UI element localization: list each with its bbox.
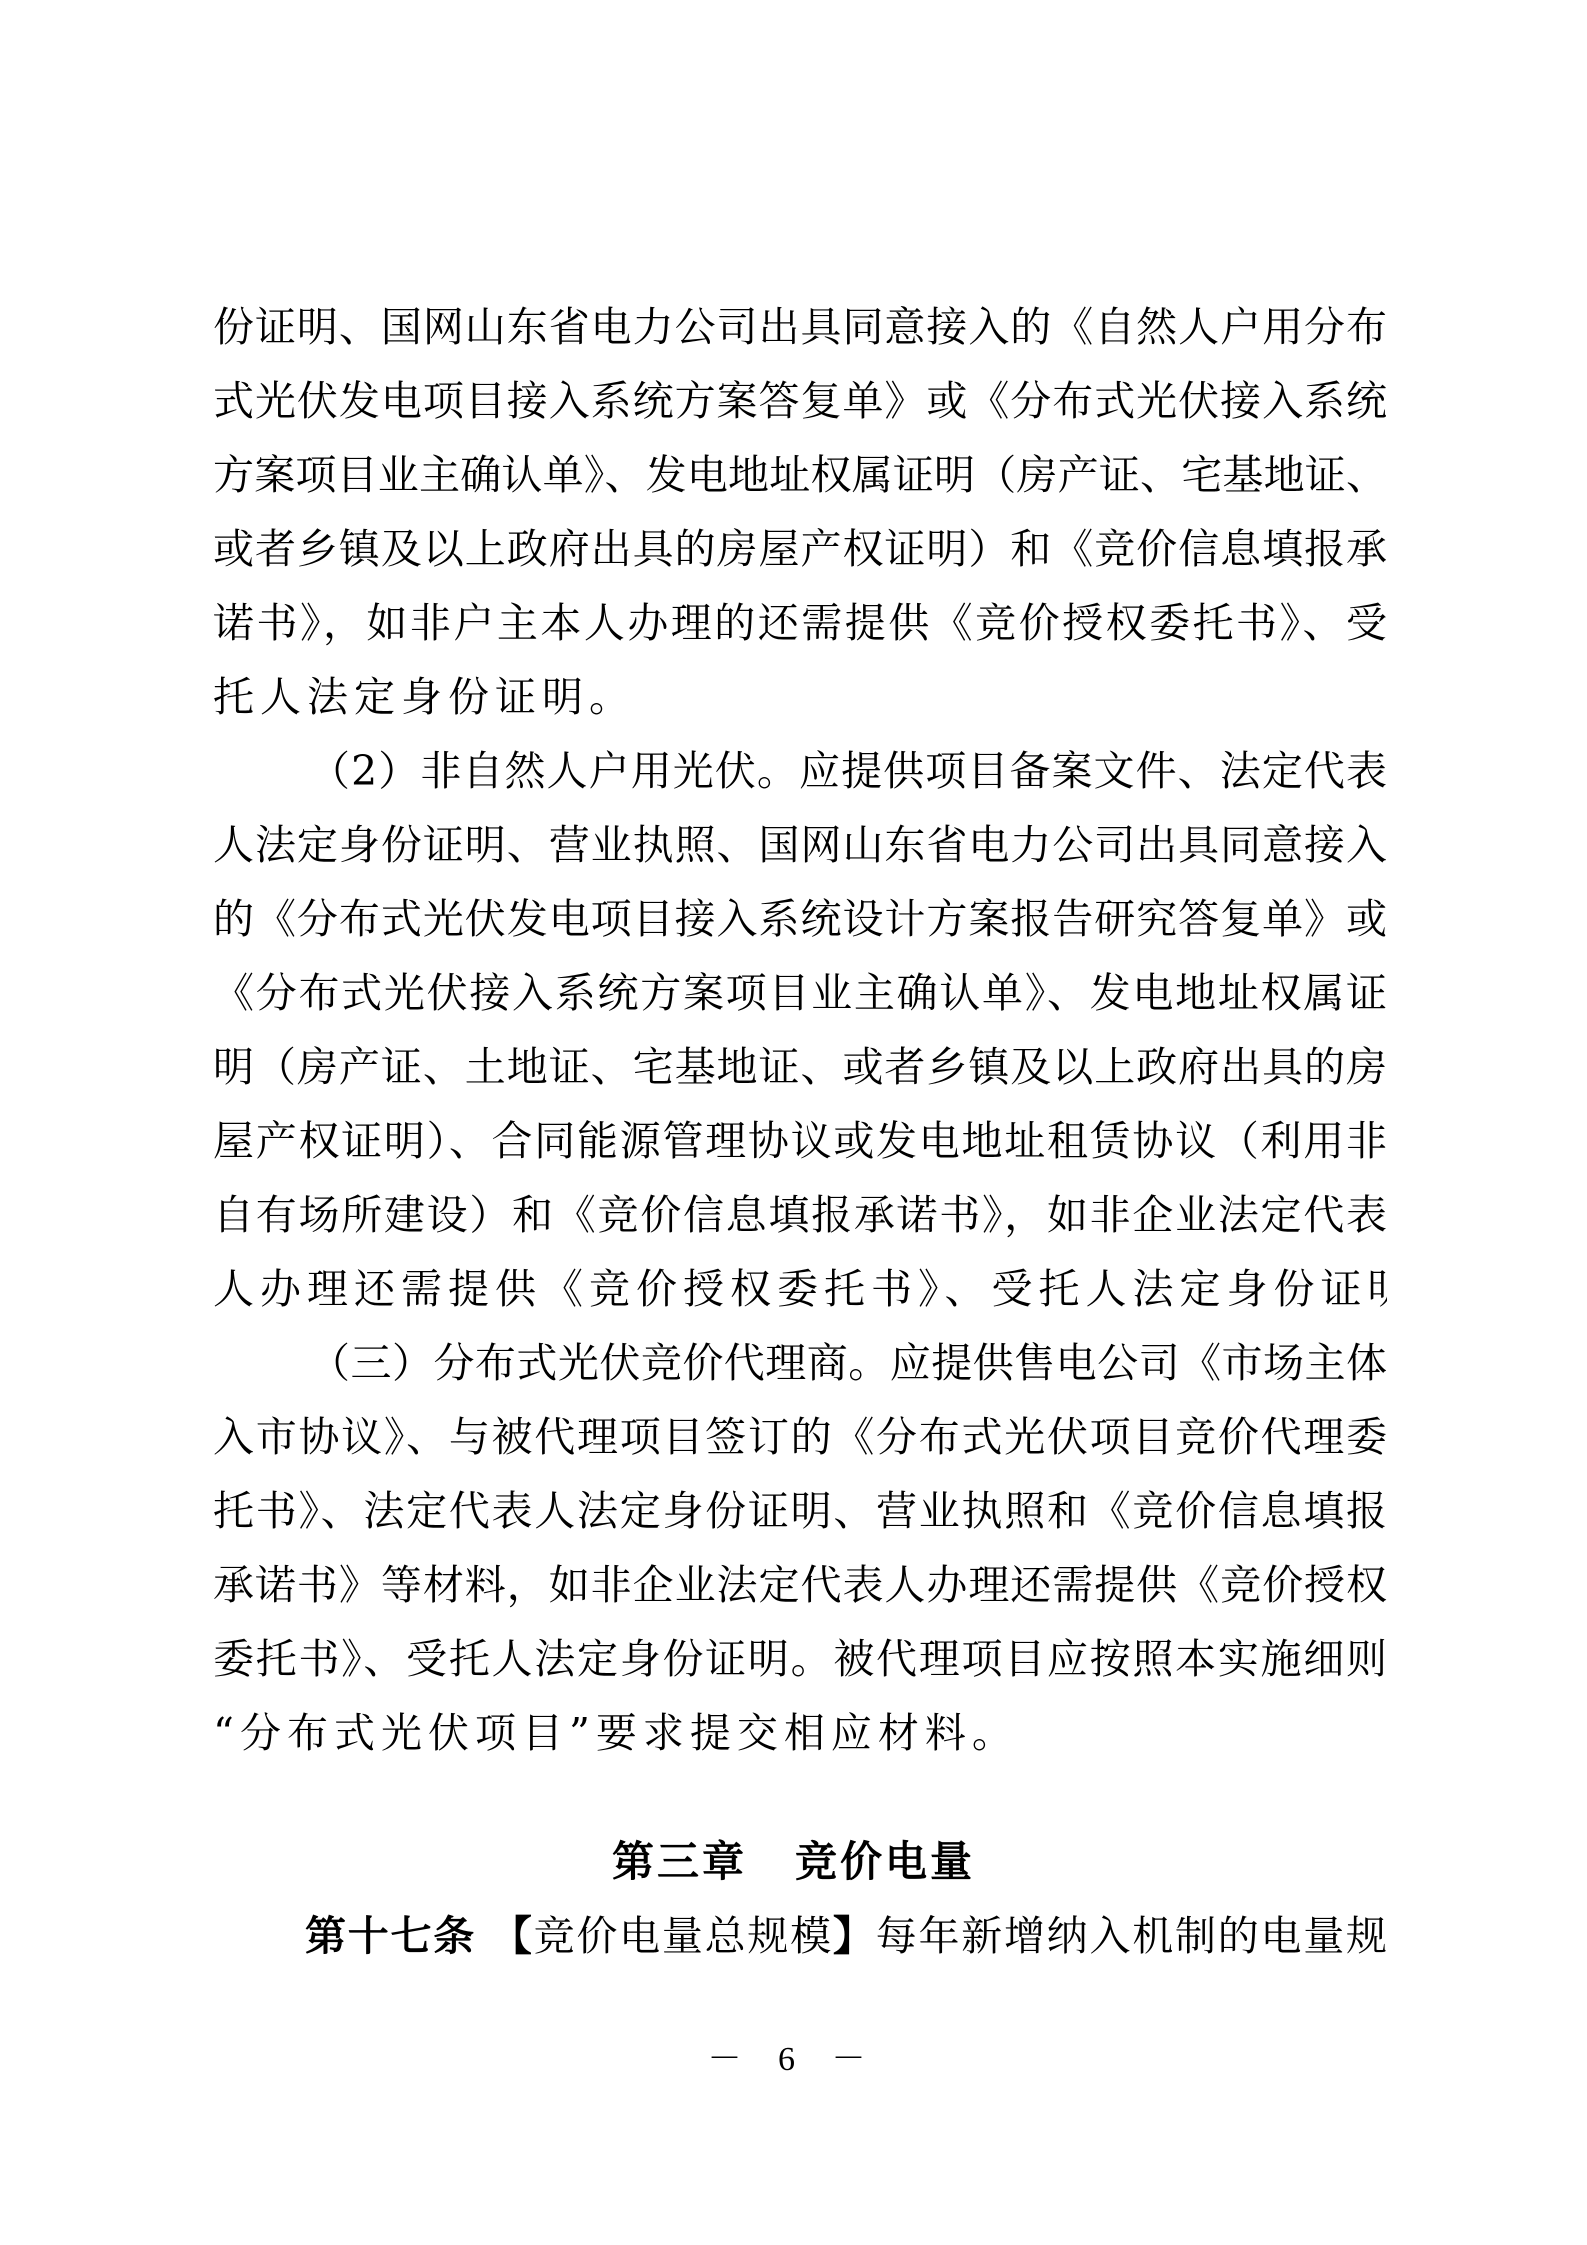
document-page: 份证明、国网山东省电力公司出具同意接入的《自然人户用分布 式光伏发电项目接入系统… xyxy=(0,0,1587,2245)
paragraph-first-line: （2）非自然人户用光伏。应提供项目备案文件、法定代表 xyxy=(213,734,1387,808)
text-line: 的《分布式光伏发电项目接入系统设计方案报告研究答复单》或 xyxy=(213,882,1387,956)
body-text: 份证明、国网山东省电力公司出具同意接入的《自然人户用分布 式光伏发电项目接入系统… xyxy=(213,290,1387,1770)
text-line: 承诺书》等材料，如非企业法定代表人办理还需提供《竞价授权 xyxy=(213,1548,1387,1622)
text-line: 入市协议》、与被代理项目签订的《分布式光伏项目竞价代理委 xyxy=(213,1400,1387,1474)
article-bracket-close: 】 xyxy=(833,1912,876,1960)
text-line: 份证明、国网山东省电力公司出具同意接入的《自然人户用分布 xyxy=(213,290,1387,364)
text-line: 方案项目业主确认单》、发电地址权属证明（房产证、宅基地证、 xyxy=(213,438,1387,512)
text-line: 人法定身份证明、营业执照、国网山东省电力公司出具同意接入 xyxy=(213,808,1387,882)
text-line: 人办理还需提供《竞价授权委托书》、受托人法定身份证明。 xyxy=(213,1252,1387,1326)
chapter-heading: 第三章竞价电量 xyxy=(0,1832,1587,1892)
text-line: 自有场所建设）和《竞价信息填报承诺书》，如非企业法定代表 xyxy=(213,1178,1387,1252)
text-line: 托人法定身份证明。 xyxy=(213,660,1387,734)
text-line: 或者乡镇及以上政府出具的房屋产权证明）和《竞价信息填报承 xyxy=(213,512,1387,586)
text-line: 委托书》、受托人法定身份证明。被代理项目应按照本实施细则 xyxy=(213,1622,1387,1696)
text-line: 诺书》，如非户主本人办理的还需提供《竞价授权委托书》、受 xyxy=(213,586,1387,660)
article-bracket-open: 【 xyxy=(491,1912,534,1960)
article-heading-line: 第十七条 【竞价电量总规模】每年新增纳入机制的电量规 xyxy=(213,1899,1387,1973)
text-line: 明（房产证、土地证、宅基地证、或者乡镇及以上政府出具的房 xyxy=(213,1030,1387,1104)
chapter-number: 第三章 xyxy=(612,1837,747,1886)
text-line: 屋产权证明）、合同能源管理协议或发电地址租赁协议（利用非 xyxy=(213,1104,1387,1178)
article-text: 每年新增纳入机制的电量规 xyxy=(876,1912,1387,1960)
text-line: “分布式光伏项目”要求提交相应材料。 xyxy=(213,1696,1387,1770)
page-number: － 6 － xyxy=(0,2040,1587,2080)
article-title: 竞价电量总规模 xyxy=(534,1912,833,1960)
text-line: 《分布式光伏接入系统方案项目业主确认单》、发电地址权属证 xyxy=(213,956,1387,1030)
text-line: 托书》、法定代表人法定身份证明、营业执照和《竞价信息填报 xyxy=(213,1474,1387,1548)
chapter-title: 竞价电量 xyxy=(795,1837,975,1886)
article-number: 第十七条 xyxy=(305,1912,476,1960)
paragraph-first-line: （三）分布式光伏竞价代理商。应提供售电公司《市场主体 xyxy=(213,1326,1387,1400)
text-line: 式光伏发电项目接入系统方案答复单》或《分布式光伏接入系统 xyxy=(213,364,1387,438)
